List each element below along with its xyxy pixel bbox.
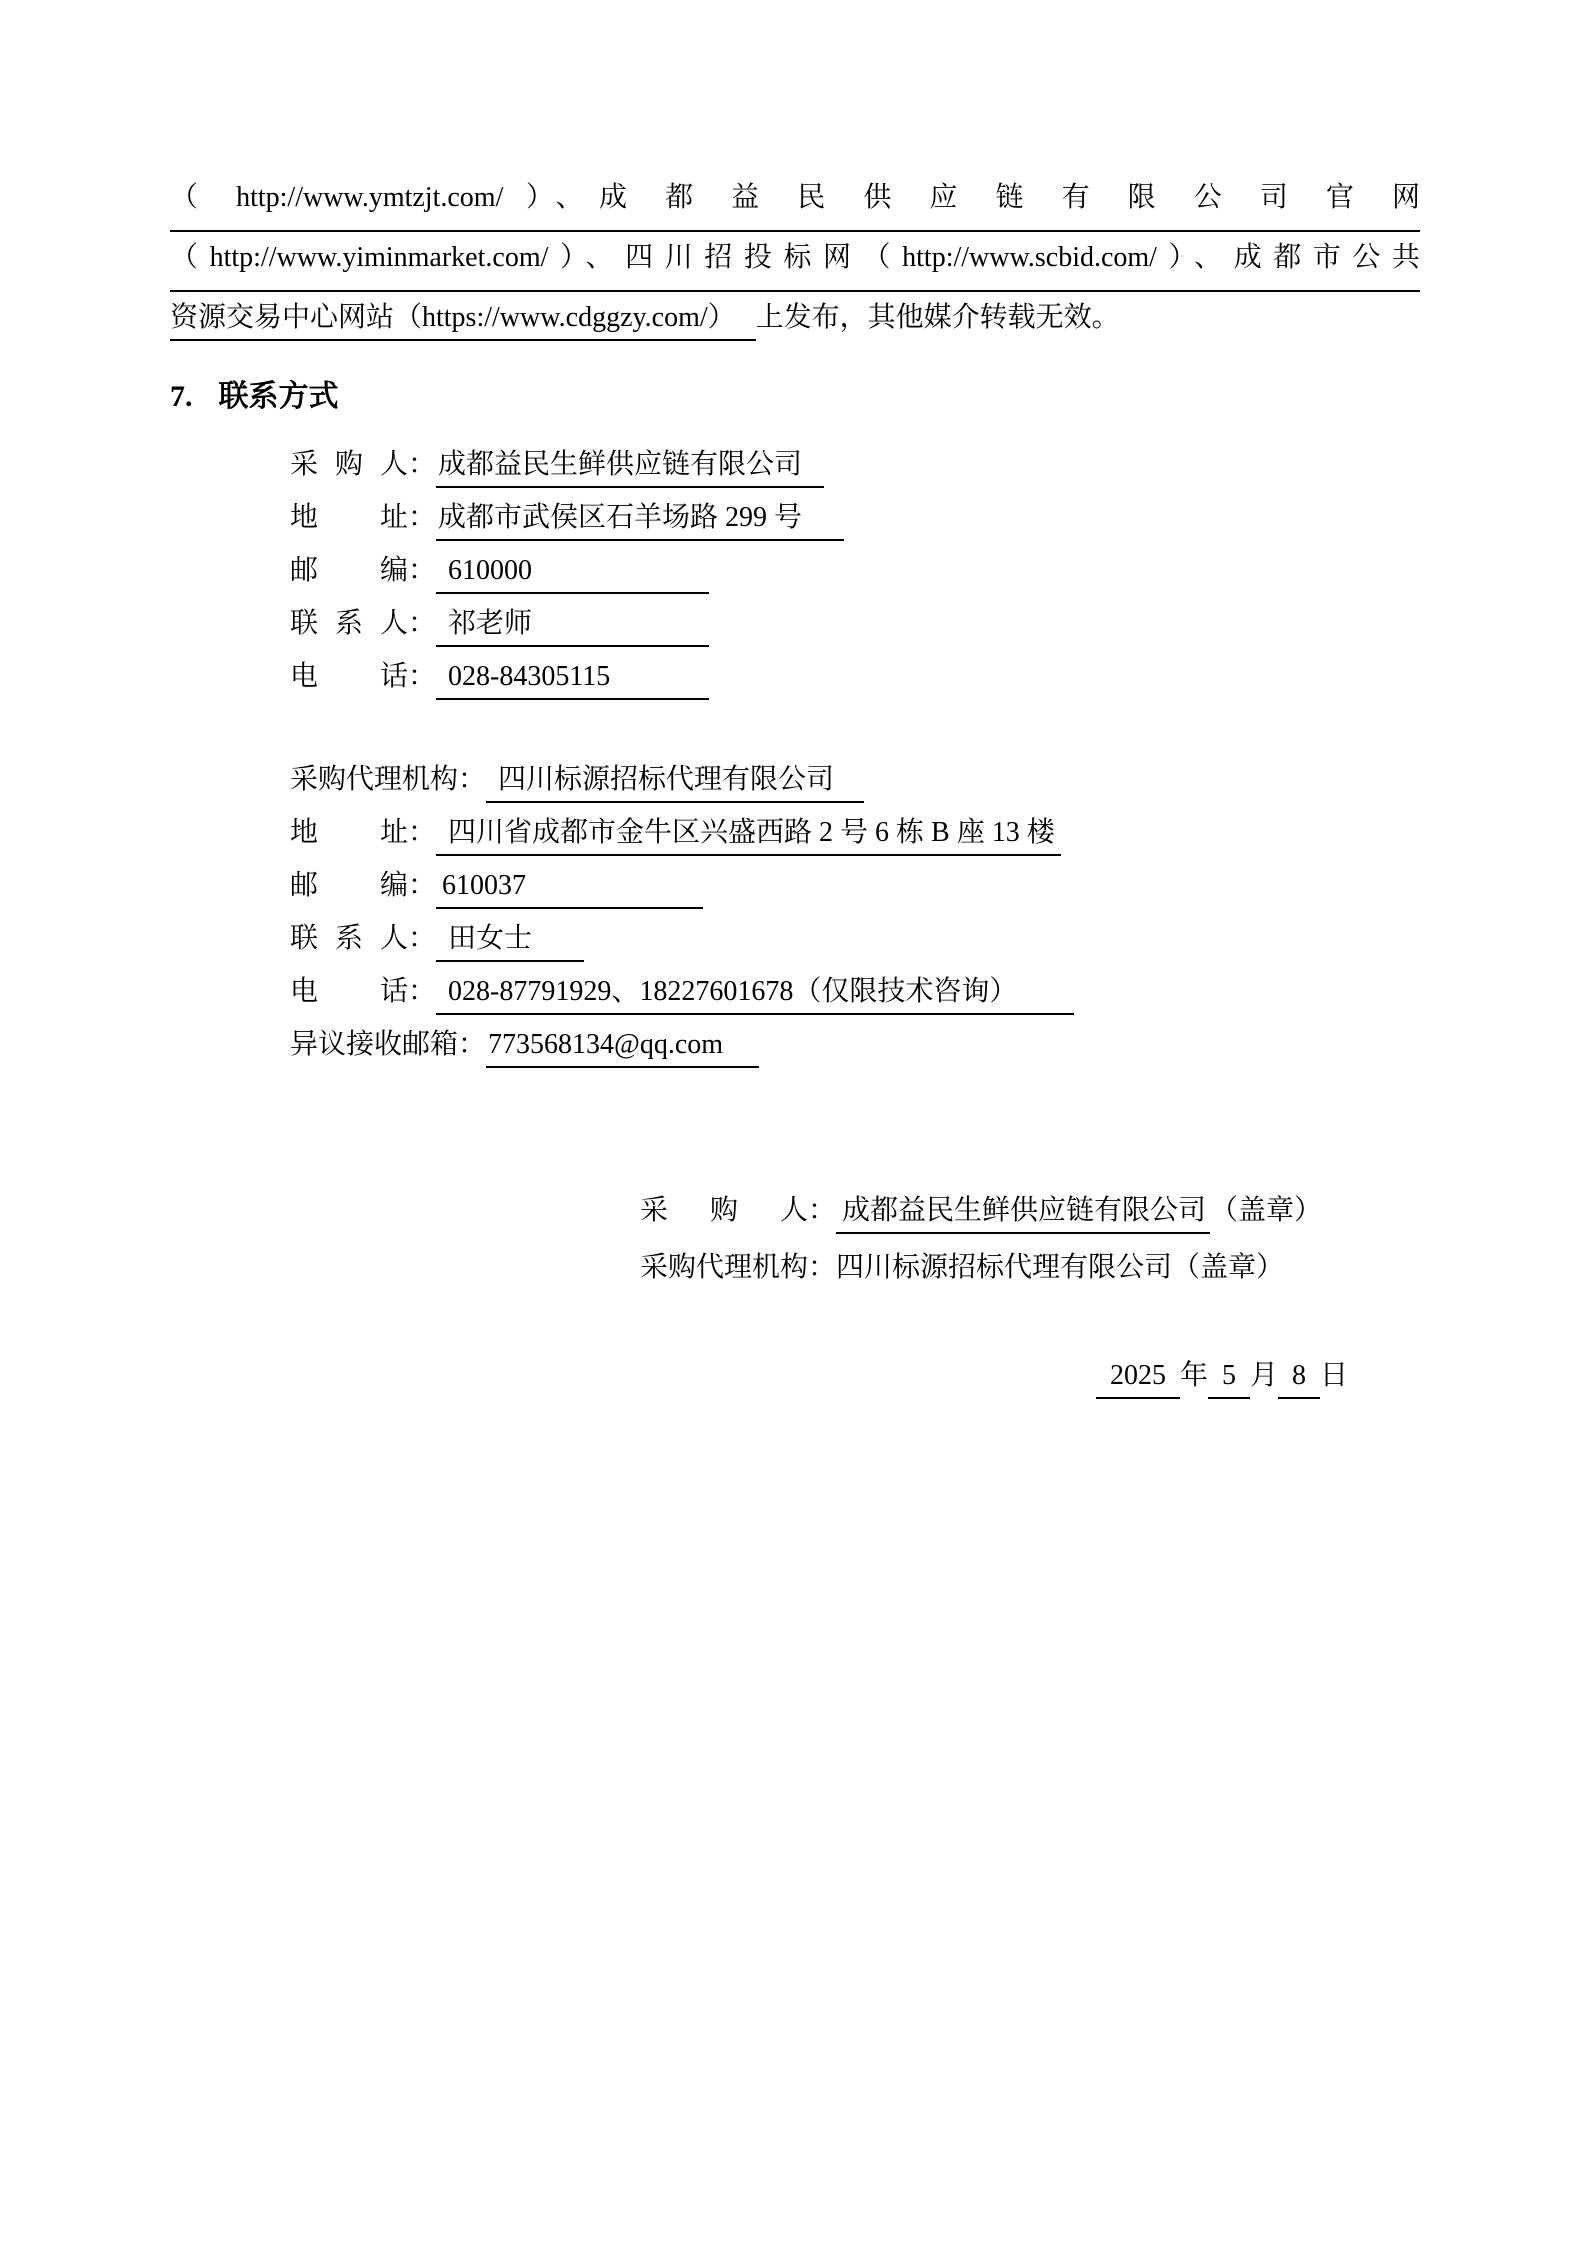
agency-contact-person-row: 联 系 人：田女士 (290, 917, 1420, 970)
date-year-value: 2025 (1096, 1358, 1180, 1399)
notice-line-3-underlined-url: 资源交易中心网站（https://www.cdggzy.com/） (170, 300, 756, 341)
objection-email-row: 异议接收邮箱：773568134@qq.com (290, 1023, 1420, 1076)
date-day-unit: 日 (1320, 1360, 1348, 1391)
signature-agency-line: 采购代理机构：四川标源招标代理有限公司（盖章） (640, 1245, 1420, 1302)
agency-address-row: 地 址：四川省成都市金牛区兴盛西路 2 号 6 栋 B 座 13 楼 (290, 811, 1420, 864)
purchaser-name-value: 成都益民生鲜供应链有限公司 (436, 447, 824, 488)
section-heading: 7.联系方式 (170, 375, 1420, 419)
date-year-unit: 年 (1180, 1360, 1208, 1391)
signature-agency-label: 采购代理机构 (640, 1245, 808, 1291)
colon: ： (458, 758, 486, 802)
signature-agency-company: 四川标源招标代理有限公司（盖章） (836, 1245, 1284, 1291)
colon: ： (458, 1023, 486, 1067)
purchaser-name-row: 采 购 人：成都益民生鲜供应链有限公司 (290, 443, 1420, 496)
field-label: 电 话 (290, 970, 408, 1014)
field-label: 联 系 人 (290, 602, 408, 646)
objection-email-value: 773568134@qq.com (486, 1027, 759, 1068)
purchaser-phone-row: 电 话：028-84305115 (290, 655, 1420, 708)
colon: ： (408, 811, 436, 855)
section-number: 7. (170, 380, 193, 413)
publish-notice-paragraph: （ http://www.ymtzjt.com/ ）、成 都 益 民 供 应 链… (170, 178, 1420, 353)
agency-phone-row: 电 话：028-87791929、18227601678（仅限技术咨询） (290, 970, 1420, 1023)
colon: ： (408, 864, 436, 908)
document-page: （ http://www.ymtzjt.com/ ）、成 都 益 民 供 应 链… (0, 0, 1587, 2245)
purchaser-phone-value: 028-84305115 (436, 659, 709, 700)
field-label: 采 购 人 (290, 443, 408, 487)
purchaser-postcode-value: 610000 (436, 553, 709, 594)
agency-contact-block: 采购代理机构：四川标源招标代理有限公司 地 址：四川省成都市金牛区兴盛西路 2 … (290, 758, 1420, 1076)
date-month-unit: 月 (1250, 1360, 1278, 1391)
purchaser-contact-person-row: 联 系 人：祁老师 (290, 602, 1420, 655)
field-label: 采购代理机构 (290, 758, 458, 802)
signature-purchaser-label: 采 购 人 (640, 1188, 808, 1234)
signature-purchaser-line: 采 购 人：成都益民生鲜供应链有限公司（盖章） (640, 1188, 1420, 1245)
notice-line-1: （ http://www.ymtzjt.com/ ）、成 都 益 民 供 应 链… (170, 178, 1420, 232)
date-day-value: 8 (1278, 1358, 1320, 1399)
colon: ： (808, 1245, 836, 1291)
stamp-note: （盖章） (1210, 1188, 1322, 1234)
colon: ： (808, 1188, 836, 1234)
purchaser-contact-person-value: 祁老师 (436, 606, 709, 647)
colon: ： (408, 443, 436, 487)
signature-date: 2025年5月8日 (170, 1354, 1420, 1399)
colon: ： (408, 549, 436, 593)
field-label: 地 址 (290, 811, 408, 855)
agency-name-row: 采购代理机构：四川标源招标代理有限公司 (290, 758, 1420, 811)
field-label: 异议接收邮箱 (290, 1023, 458, 1067)
purchaser-address-row: 地 址：成都市武侯区石羊场路 299 号 (290, 496, 1420, 549)
colon: ： (408, 602, 436, 646)
agency-contact-person-value: 田女士 (436, 921, 584, 962)
notice-line-3-rest: 上发布，其他媒介转载无效。 (756, 302, 1120, 333)
signature-purchaser-company: 成都益民生鲜供应链有限公司 (836, 1193, 1210, 1234)
purchaser-address-value: 成都市武侯区石羊场路 299 号 (436, 500, 844, 541)
purchaser-postcode-row: 邮 编：610000 (290, 549, 1420, 602)
notice-line-3: 资源交易中心网站（https://www.cdggzy.com/） 上发布，其他… (170, 298, 1420, 353)
field-label: 邮 编 (290, 549, 408, 593)
colon: ： (408, 496, 436, 540)
section-title: 联系方式 (219, 380, 339, 413)
purchaser-contact-block: 采 购 人：成都益民生鲜供应链有限公司 地 址：成都市武侯区石羊场路 299 号… (290, 443, 1420, 708)
signature-block: 采 购 人：成都益民生鲜供应链有限公司（盖章） 采购代理机构：四川标源招标代理有… (640, 1188, 1420, 1302)
agency-phone-value: 028-87791929、18227601678（仅限技术咨询） (436, 974, 1074, 1015)
field-label: 地 址 (290, 496, 408, 540)
date-month-value: 5 (1208, 1358, 1250, 1399)
field-label: 电 话 (290, 655, 408, 699)
notice-line-2: （http://www.yiminmarket.com/）、四川招投标网（htt… (170, 238, 1420, 292)
field-label: 邮 编 (290, 864, 408, 908)
agency-postcode-row: 邮 编：610037 (290, 864, 1420, 917)
colon: ： (408, 917, 436, 961)
colon: ： (408, 655, 436, 699)
agency-name-value: 四川标源招标代理有限公司 (486, 762, 864, 803)
agency-address-value: 四川省成都市金牛区兴盛西路 2 号 6 栋 B 座 13 楼 (436, 815, 1061, 856)
agency-postcode-value: 610037 (436, 868, 703, 909)
colon: ： (408, 970, 436, 1014)
field-label: 联 系 人 (290, 917, 408, 961)
